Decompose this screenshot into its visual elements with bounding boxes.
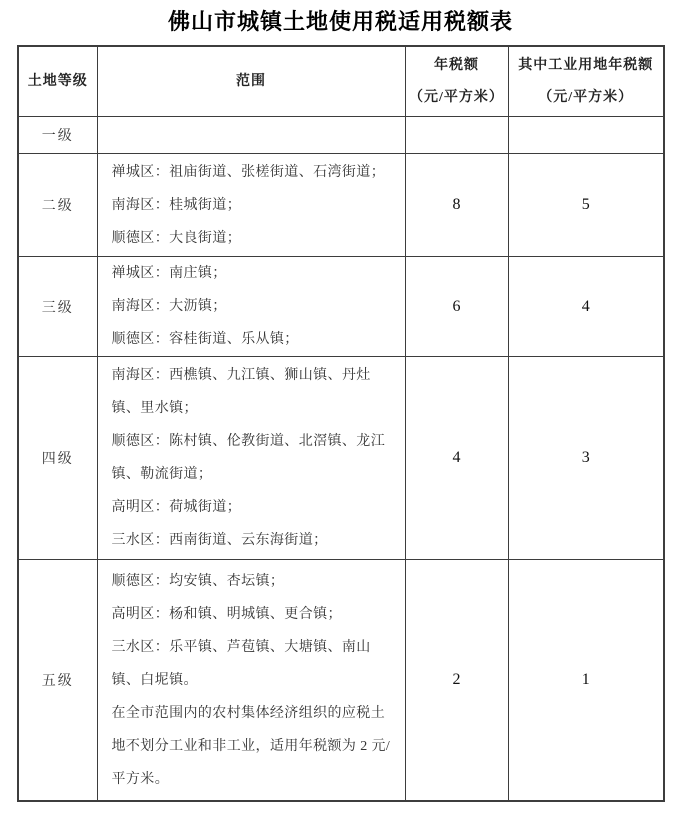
scope-line: 高明区：杨和镇、明城镇、更合镇； [112, 598, 394, 631]
header-annual-tax-line1: 年税额 [406, 50, 508, 82]
header-land-grade-label: 土地等级 [19, 66, 97, 98]
scope-cell [97, 117, 405, 154]
scope-cell: 禅城区：祖庙街道、张槎街道、石湾街道； 南海区：桂城街道； 顺德区：大良街道； [97, 154, 405, 257]
grade-label: 五级 [18, 560, 97, 802]
header-scope: 范围 [97, 46, 405, 117]
tax-rate-table: 土地等级 范围 年税额 （元/平方米） 其中工业用地年税额 （元/平方米） 一级… [17, 45, 665, 802]
table-row-grade-1: 一级 [18, 117, 664, 154]
annual-tax-value: 2 [405, 560, 508, 802]
table-header-row: 土地等级 范围 年税额 （元/平方米） 其中工业用地年税额 （元/平方米） [18, 46, 664, 117]
industrial-tax-value: 3 [508, 357, 664, 560]
scope-line: 三水区：西南街道、云东海街道； [112, 524, 394, 557]
scope-line: 高明区：荷城街道； [112, 491, 394, 524]
header-industrial-tax: 其中工业用地年税额 （元/平方米） [508, 46, 664, 117]
scope-line: 在全市范围内的农村集体经济组织的应税土地不划分工业和非工业，适用年税额为 2 元… [112, 697, 394, 796]
scope-line: 南海区：大沥镇； [112, 290, 394, 323]
scope-line: 顺德区：容桂街道、乐从镇； [112, 323, 394, 356]
header-annual-tax: 年税额 （元/平方米） [405, 46, 508, 117]
document-page: 佛山市城镇土地使用税适用税额表 土地等级 范围 年税额 （元/平方米） 其中工业… [0, 0, 681, 820]
industrial-tax-value: 1 [508, 560, 664, 802]
annual-tax-value: 4 [405, 357, 508, 560]
table-row-grade-3: 三级 禅城区：南庄镇； 南海区：大沥镇； 顺德区：容桂街道、乐从镇； 6 4 [18, 257, 664, 357]
scope-cell: 南海区：西樵镇、九江镇、狮山镇、丹灶镇、里水镇； 顺德区：陈村镇、伦教街道、北滘… [97, 357, 405, 560]
grade-label: 一级 [18, 117, 97, 154]
scope-line: 三水区：乐平镇、芦苞镇、大塘镇、南山镇、白坭镇。 [112, 631, 394, 697]
grade-label: 三级 [18, 257, 97, 357]
header-scope-label: 范围 [98, 66, 405, 98]
page-title: 佛山市城镇土地使用税适用税额表 [0, 0, 681, 36]
scope-line: 禅城区：祖庙街道、张槎街道、石湾街道； [112, 156, 394, 189]
industrial-tax-value: 5 [508, 154, 664, 257]
header-industrial-tax-line2: （元/平方米） [509, 82, 664, 114]
scope-cell: 顺德区：均安镇、杏坛镇； 高明区：杨和镇、明城镇、更合镇； 三水区：乐平镇、芦苞… [97, 560, 405, 802]
scope-line: 顺德区：均安镇、杏坛镇； [112, 565, 394, 598]
industrial-tax-value [508, 117, 664, 154]
industrial-tax-value: 4 [508, 257, 664, 357]
scope-line: 南海区：西樵镇、九江镇、狮山镇、丹灶镇、里水镇； [112, 359, 394, 425]
scope-line: 禅城区：南庄镇； [112, 257, 394, 290]
header-land-grade: 土地等级 [18, 46, 97, 117]
scope-line: 顺德区：陈村镇、伦教街道、北滘镇、龙江镇、勒流街道； [112, 425, 394, 491]
annual-tax-value [405, 117, 508, 154]
grade-label: 二级 [18, 154, 97, 257]
annual-tax-value: 8 [405, 154, 508, 257]
header-annual-tax-line2: （元/平方米） [406, 82, 508, 114]
grade-label: 四级 [18, 357, 97, 560]
table-row-grade-4: 四级 南海区：西樵镇、九江镇、狮山镇、丹灶镇、里水镇； 顺德区：陈村镇、伦教街道… [18, 357, 664, 560]
annual-tax-value: 6 [405, 257, 508, 357]
header-industrial-tax-line1: 其中工业用地年税额 [509, 50, 664, 82]
scope-line: 顺德区：大良街道； [112, 222, 394, 255]
scope-cell: 禅城区：南庄镇； 南海区：大沥镇； 顺德区：容桂街道、乐从镇； [97, 257, 405, 357]
table-row-grade-2: 二级 禅城区：祖庙街道、张槎街道、石湾街道； 南海区：桂城街道； 顺德区：大良街… [18, 154, 664, 257]
scope-line: 南海区：桂城街道； [112, 189, 394, 222]
table-row-grade-5: 五级 顺德区：均安镇、杏坛镇； 高明区：杨和镇、明城镇、更合镇； 三水区：乐平镇… [18, 560, 664, 802]
